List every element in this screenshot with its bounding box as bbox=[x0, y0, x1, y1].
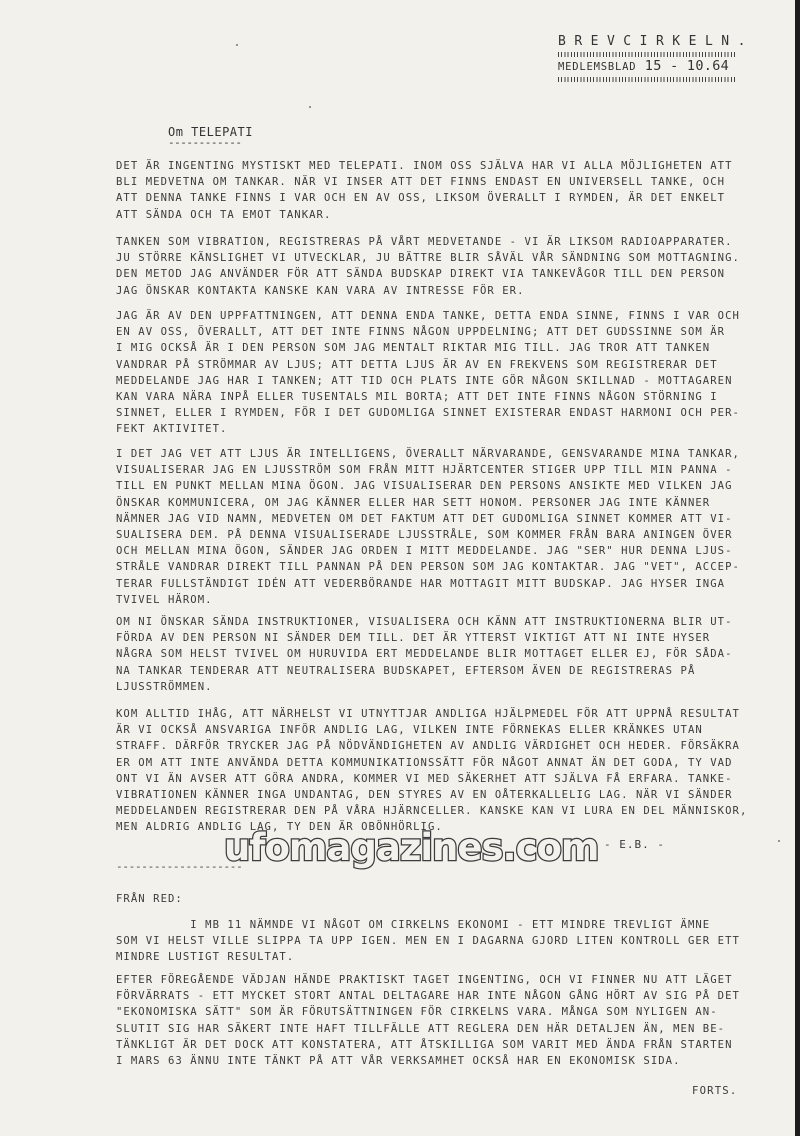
newsletter-title: BREVCIRKELN. bbox=[558, 34, 738, 49]
scan-edge bbox=[795, 0, 800, 1136]
editorial-paragraph-1: I Mb 11 nämnde vi något om cirkelns ekon… bbox=[116, 917, 796, 966]
issue-line: Medlemsblad 15 - 10.64 bbox=[558, 58, 738, 74]
article-paragraph-3: Jag är av den uppfattningen, att denna E… bbox=[116, 308, 796, 438]
editorial-heading: Från red: bbox=[116, 891, 796, 907]
article-paragraph-1: Det är ingenting mystiskt med telepati. … bbox=[116, 158, 796, 223]
paper-speck bbox=[236, 44, 238, 46]
tick-rule-bottom bbox=[558, 77, 736, 82]
article-paragraph-4: I det jag vet att Ljus är Intelligens, ö… bbox=[116, 446, 796, 608]
tick-rule-top bbox=[558, 52, 736, 57]
issue-number: 15 - 10.64 bbox=[645, 58, 729, 74]
issue-prefix: Medlemsblad bbox=[558, 61, 636, 73]
editorial-paragraph-2: Efter föregående vädjan hände praktiskt … bbox=[116, 972, 796, 1069]
paper-speck bbox=[309, 106, 311, 108]
heading-underline: ------------ bbox=[168, 136, 253, 149]
document-page: BREVCIRKELN. Medlemsblad 15 - 10.64 Om T… bbox=[0, 0, 795, 1136]
continued-marker: Forts. bbox=[692, 1085, 737, 1097]
author-signature: - E.B. - bbox=[604, 838, 665, 851]
article-heading-block: Om TELEPATI ------------ bbox=[168, 125, 253, 149]
watermark: ufomagazines.com bbox=[224, 826, 598, 869]
paper-speck bbox=[778, 840, 780, 842]
article-paragraph-2: Tanken som vibration, registreras på vår… bbox=[116, 234, 796, 299]
article-paragraph-5: Om ni önskar sända instruktioner, visual… bbox=[116, 614, 796, 695]
article-paragraph-6: Kom alltid ihåg, att närhelst vi utnyttj… bbox=[116, 706, 796, 836]
masthead: BREVCIRKELN. Medlemsblad 15 - 10.64 bbox=[558, 34, 738, 83]
